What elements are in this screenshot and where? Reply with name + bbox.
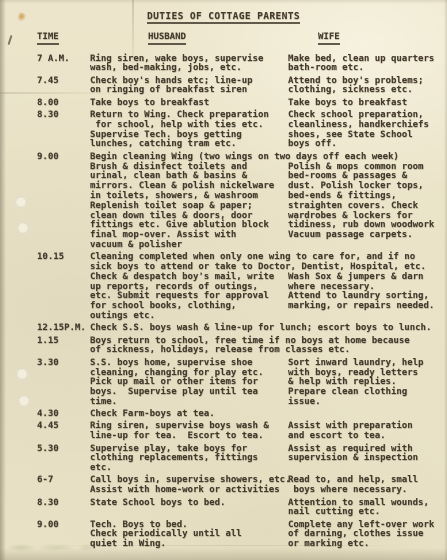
punch-hole [16,368,28,380]
duty-row: 4.45 Ring siren, supervise boys wash & l… [37,422,441,442]
time-cell: 7.45 [37,77,90,97]
punch-hole [18,395,30,407]
duty-row: 12.15P.M. Check S.S. boys wash & line-up… [37,324,441,334]
wife-duty-cell: Assist with preparation and escort to te… [288,422,441,442]
duty-row: 7.45 Check boy's hands etc; line-up on r… [37,77,441,97]
document-title: DUTIES OF COTTAGE PARENTS [0,12,447,24]
wife-duty-cell: Take boys to breakfast [288,99,441,109]
shared-duty-cell: Check S.S. boys wash & line-up for lunch… [90,324,441,334]
time-cell: 9.00 [37,521,90,550]
time-cell: 8.30 [37,499,90,519]
time-cell: 4.30 [37,410,90,420]
column-header-time: TIME [37,33,90,45]
paper-top-edge-shadow [0,0,447,4]
duty-row: 8.00 Take boys to breakfast Take boys to… [37,99,441,109]
time-cell: 10.15 [37,253,90,273]
husband-duty-cell: S.S. boys home, supervise shoe cleaning,… [90,359,288,408]
duty-row: 8.30 State School boys to bed. Attention… [37,499,441,519]
husband-duty-cell: Return to Wing. Check preparation for sc… [90,111,288,150]
paper-left-edge-shadow [0,0,6,560]
wife-duty-cell: Wash Sox & jumpers & darn where necessar… [288,273,441,322]
wife-duty-cell: Attend to boy's problems; clothing, sick… [288,77,441,97]
column-header-husband: HUSBAND [90,33,288,45]
wife-duty-cell: Attention to small wounds, nail cutting … [288,499,441,519]
scanned-document-page: DUTIES OF COTTAGE PARENTS TIME HUSBAND W… [0,0,447,560]
punch-hole [15,196,27,208]
wife-duty-cell: Sort inward laundry, help with boys, rea… [288,359,441,408]
time-cell: 8.30 [37,111,90,150]
duty-row: 8.30 Return to Wing. Check preparation f… [37,111,441,150]
duties-table: TIME HUSBAND WIFE 7 A.M. Ring siren, wak… [37,33,441,550]
duty-row: 10.15 Cleaning completed when only one w… [37,253,441,322]
document-title-text: DUTIES OF COTTAGE PARENTS [147,12,300,24]
husband-duty-cell: Brush & disinfect toilets and urinal, cl… [90,163,288,251]
duty-row: 7 A.M. Ring siren, wake boys, supervise … [37,55,441,75]
wife-duty-cell: Read to, and help, small boys where nece… [288,476,441,496]
wife-duty-cell: Assist as required with supervision & in… [288,445,441,474]
husband-duty-cell: Ring siren, supervise boys wash & line-u… [90,422,288,442]
duty-row: 4.30 Check Farm-boys at tea. [37,410,441,420]
time-cell: 1.15 [37,337,90,357]
duty-row: 1.15 Boys return to school, free time if… [37,337,441,357]
husband-duty-cell: Check & despatch boy's mail, write up re… [90,273,288,322]
husband-duty-cell: Ring siren, wake boys, supervise wash, b… [90,55,288,75]
wife-duty-cell: Complete any left-over work of darning, … [288,521,441,550]
time-cell: 5.30 [37,445,90,474]
duty-row: 3.30 S.S. boys home, supervise shoe clea… [37,359,441,408]
duty-row: 9.00 Tech. Boys to bed. Check periodical… [37,521,441,550]
time-cell: 8.00 [37,99,90,109]
husband-duty-cell: Check boy's hands etc; line-up on ringin… [90,77,288,97]
husband-duty-cell: State School boys to bed. [90,499,288,519]
wife-duty-cell: Make bed, clean up quarters bath-room et… [288,55,441,75]
husband-duty-cell: Call boys in, supervise showers, etc. As… [90,476,288,496]
duty-row: 5.30 Supervise play, take boys for cloth… [37,445,441,474]
table-header-row: TIME HUSBAND WIFE [37,33,441,45]
husband-duty-cell: Tech. Boys to bed. Check periodically un… [90,521,288,550]
husband-duty-cell: Take boys to breakfast [90,99,288,109]
husband-duty-cell: Check Farm-boys at tea. [90,410,288,420]
column-header-wife: WIFE [288,33,441,45]
time-cell: 12.15P.M. [37,324,90,334]
duty-row: 9.00 Begin cleaning Wing (two wings on t… [37,153,441,251]
wife-duty-cell: Polish & mops common room bed-rooms & pa… [288,163,441,251]
wife-duty-cell: Check school preparation, cleanliness, h… [288,111,441,150]
shared-duty-cell: Boys return to school, free time if no b… [90,337,441,357]
time-cell: 6-7 [37,476,90,496]
shared-duty-cell: Cleaning completed when only one wing to… [90,253,441,273]
time-cell: 3.30 [37,359,90,408]
time-cell: 7 A.M. [37,55,90,75]
husband-duty-cell: Supervise play, take boys for clothing r… [90,445,288,474]
punch-hole [17,222,29,234]
time-cell: 9.00 [37,153,90,163]
time-cell: 4.45 [37,422,90,442]
pen-mark [8,35,13,45]
wife-duty-cell [288,410,441,420]
duty-row: 6-7 Call boys in, supervise showers, etc… [37,476,441,496]
